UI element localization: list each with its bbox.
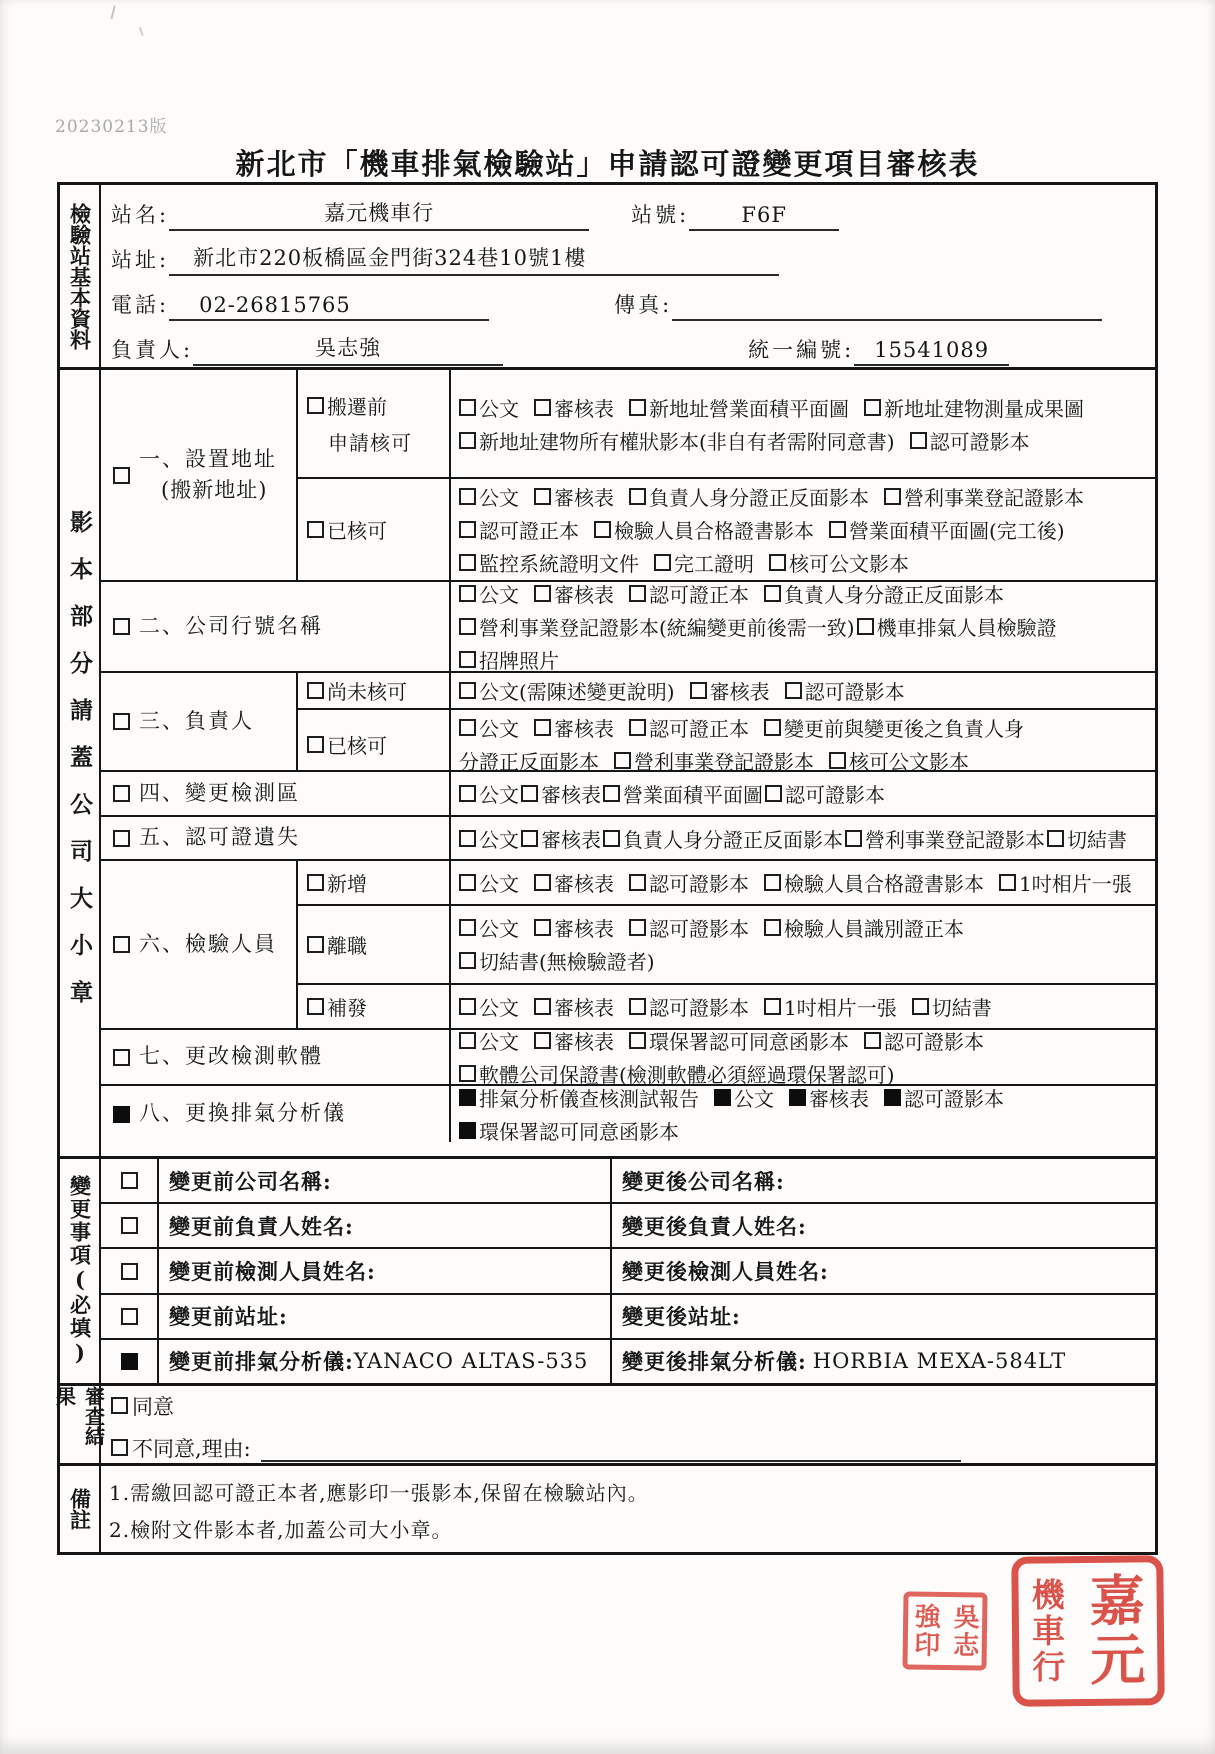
checklist-item: 公文 bbox=[459, 824, 519, 853]
checkbox-icon[interactable] bbox=[864, 399, 881, 416]
section-owner-change: 三、負責人 尚未核可 公文(需陳述變更說明)審核表認可證影本 已核可 bbox=[101, 673, 1155, 772]
checkbox-icon[interactable] bbox=[459, 585, 476, 602]
checklist-label: 切結書 bbox=[932, 992, 992, 1021]
checklist-item: 審核表 bbox=[690, 676, 770, 705]
checkbox-icon[interactable] bbox=[534, 998, 551, 1015]
checklist-label: 負責人身分證正反面影本 bbox=[784, 579, 1004, 608]
change-row-analyzer: 變更前排氣分析儀:YANACO ALTAS-535 變更後排氣分析儀:HORBI… bbox=[101, 1340, 1155, 1383]
checklist-item: 審核表 bbox=[534, 579, 614, 608]
owner-label: 負責人: bbox=[111, 334, 193, 366]
checklist-item: 公文 bbox=[714, 1083, 774, 1112]
checklist-item: 切結書 bbox=[1047, 824, 1127, 853]
checklist-label: 招牌照片 bbox=[479, 645, 559, 674]
section-test-area: 四、變更檢測區 公文審核表營業面積平面圖認可證影本 bbox=[101, 772, 1155, 817]
after-label: 變更後站址: bbox=[622, 1301, 741, 1331]
checklist-line: 公文審核表新地址營業面積平面圖新地址建物測量成果圖 bbox=[459, 393, 1149, 422]
checklist-line: 公文審核表環保署認可同意函影本認可證影本 bbox=[459, 1026, 1149, 1055]
checklist: 排氣分析儀查核測試報告公文審核表認可證影本環保署認可同意函影本 bbox=[451, 1086, 1155, 1142]
checklist-item: 負責人身分證正反面影本 bbox=[764, 579, 1004, 608]
checklist-label: 機車排氣人員檢驗證 bbox=[877, 612, 1057, 641]
checkbox-icon[interactable] bbox=[629, 998, 646, 1015]
checklist-label: 排氣分析儀查核測試報告 bbox=[479, 1083, 699, 1112]
checklist-line: 公文(需陳述變更說明)審核表認可證影本 bbox=[459, 676, 1149, 705]
checklist: 公文審核表認可證正本負責人身分證正反面影本營利事業登記證影本(統編變更前後需一致… bbox=[451, 582, 1155, 671]
checklist-label: 檢驗人員識別證正本 bbox=[784, 913, 964, 942]
checklist-label: 審核表 bbox=[554, 913, 614, 942]
seal-text: 嘉元 bbox=[1073, 1571, 1153, 1690]
checkbox-icon[interactable] bbox=[789, 1089, 806, 1106]
owner-field[interactable]: 吳志強 bbox=[193, 332, 503, 366]
checklist-label: 認可證影本 bbox=[649, 992, 749, 1021]
checkbox-icon[interactable] bbox=[829, 521, 846, 538]
checklist-item: 公文 bbox=[459, 579, 519, 608]
checkbox-icon[interactable] bbox=[459, 682, 476, 699]
section-label-text: 八、更換排氣分析儀 bbox=[139, 1098, 346, 1130]
sub-row-resign: 離職 公文審核表認可證影本檢驗人員識別證正本切結書(無檢驗證者) bbox=[298, 906, 1155, 985]
checklist-item: 核可公文影本 bbox=[769, 548, 909, 577]
checklist-label: 檢驗人員合格證書影本 bbox=[614, 515, 814, 544]
checklist-line: 公文審核表認可證正本負責人身分證正反面影本 bbox=[459, 579, 1149, 608]
checklist-label: 審核表 bbox=[541, 779, 601, 808]
checkbox-icon[interactable] bbox=[785, 682, 802, 699]
before-label: 變更前站址: bbox=[169, 1301, 288, 1331]
section-software: 七、更改檢測軟體 公文審核表環保署認可同意函影本認可證影本軟體公司保證書(檢測軟… bbox=[101, 1030, 1155, 1086]
checklist: 公文審核表認可證正本變更前與變更後之負責人身分證正反面影本營利事業登記證影本核可… bbox=[451, 710, 1155, 778]
checklist-item: 公文 bbox=[459, 482, 519, 511]
checklist-line: 切結書(無檢驗證者) bbox=[459, 946, 1149, 975]
checklist-label: 公文(需陳述變更說明) bbox=[479, 676, 675, 705]
checkbox-icon[interactable] bbox=[459, 919, 476, 936]
checkbox-icon[interactable] bbox=[765, 785, 782, 802]
checkbox-icon[interactable] bbox=[884, 488, 901, 505]
sub-label-text: 已核可 bbox=[327, 515, 387, 544]
checklist-item: 新地址建物所有權狀影本(非自有者需附同意書) bbox=[459, 426, 895, 455]
agree-label: 同意 bbox=[132, 1391, 174, 1421]
checklist-item: 公文 bbox=[459, 1026, 519, 1055]
checkbox-icon[interactable] bbox=[307, 874, 324, 891]
checkbox-icon[interactable] bbox=[857, 618, 874, 635]
checklist-item: 認可證影本 bbox=[629, 992, 749, 1021]
checklist-label: 認可證正本 bbox=[649, 579, 749, 608]
checklist-label: 認可證影本 bbox=[649, 868, 749, 897]
checkbox-icon[interactable] bbox=[459, 554, 476, 571]
before-label: 變更前檢測人員姓名: bbox=[169, 1256, 376, 1286]
checkbox-icon[interactable] bbox=[603, 830, 620, 847]
form-version: 20230213版 bbox=[55, 112, 168, 137]
review-sidebar: 審查結果 bbox=[60, 1386, 101, 1463]
checklist-label: 公文 bbox=[479, 992, 519, 1021]
checkbox-icon[interactable] bbox=[307, 736, 324, 753]
checklist-label: 公文 bbox=[479, 868, 519, 897]
section-owner-change-label: 三、負責人 bbox=[101, 673, 298, 770]
checklist-label: 環保署認可同意函影本 bbox=[479, 1116, 679, 1145]
checklist: 公文審核表負責人身分證正反面影本營利事業登記證影本切結書 bbox=[451, 817, 1155, 859]
sub-row-approved: 已核可 公文審核表認可證正本變更前與變更後之負責人身分證正反面影本營利事業登記證… bbox=[298, 710, 1155, 778]
section-label-text: 六、檢驗人員 bbox=[139, 929, 277, 961]
checklist-item: 監控系統證明文件 bbox=[459, 548, 639, 577]
personal-seal-stamp: 強印 吳志 bbox=[902, 1591, 987, 1670]
checkbox-icon[interactable] bbox=[113, 785, 130, 802]
tax-id-field[interactable]: 15541089 bbox=[854, 338, 1009, 366]
checklist-item: 公文 bbox=[459, 713, 519, 742]
checklist-label: 認可證正本 bbox=[479, 515, 579, 544]
checklist-label: 公文 bbox=[479, 913, 519, 942]
checklist-item: 認可證正本 bbox=[629, 579, 749, 608]
checklist-item: 檢驗人員識別證正本 bbox=[764, 913, 964, 942]
checkbox-icon[interactable] bbox=[459, 399, 476, 416]
checklist-label: 環保署認可同意函影本 bbox=[649, 1026, 849, 1055]
checklist-label: 負責人身分證正反面影本 bbox=[623, 824, 843, 853]
checklist-label: 變更前與變更後之負責人身 bbox=[784, 713, 1024, 742]
sub-label-text: 新增 bbox=[327, 868, 367, 897]
checklist-label: 審核表 bbox=[809, 1083, 869, 1112]
checklist: 公文審核表環保署認可同意函影本認可證影本軟體公司保證書(檢測軟體必須經過環保署認… bbox=[451, 1030, 1155, 1084]
checklist-label: 審核表 bbox=[541, 824, 601, 853]
checkbox-icon[interactable] bbox=[534, 919, 551, 936]
checklist: 公文審核表認可證影本1吋相片一張切結書 bbox=[451, 985, 1155, 1028]
checkbox-icon[interactable] bbox=[534, 719, 551, 736]
review-section: 審查結果 同意 不同意,理由: bbox=[60, 1386, 1155, 1466]
checklist-item: 認可證影本 bbox=[629, 913, 749, 942]
checklist-line: 排氣分析儀查核測試報告公文審核表認可證影本 bbox=[459, 1083, 1149, 1112]
checkbox-icon[interactable] bbox=[459, 1122, 476, 1139]
checklist-line: 新地址建物所有權狀影本(非自有者需附同意書)認可證影本 bbox=[459, 426, 1149, 455]
checklist-line: 認可證正本檢驗人員合格證書影本營業面積平面圖(完工後) bbox=[459, 515, 1149, 544]
checklist-label: 完工證明 bbox=[674, 548, 754, 577]
checkbox-icon[interactable] bbox=[459, 1065, 476, 1082]
checklist: 公文審核表新地址營業面積平面圖新地址建物測量成果圖新地址建物所有權狀影本(非自有… bbox=[451, 370, 1155, 477]
address-row: 站址: 新北市220板橋區金門街324巷10號1樓 bbox=[101, 231, 1155, 276]
disagree-option: 不同意,理由: bbox=[111, 1433, 1155, 1463]
checklist-item: 營利事業登記證影本 bbox=[884, 482, 1084, 511]
checklist-item: 審核表 bbox=[534, 868, 614, 897]
section-inspectors-label: 六、檢驗人員 bbox=[101, 861, 298, 1028]
section-test-area-label: 四、變更檢測區 bbox=[101, 772, 451, 815]
checkbox-icon[interactable] bbox=[113, 1049, 130, 1066]
checkbox-icon[interactable] bbox=[459, 618, 476, 635]
checklist-text: 分證正反面影本 bbox=[459, 746, 599, 775]
address-field[interactable]: 新北市220板橋區金門街324巷10號1樓 bbox=[169, 242, 779, 276]
checkbox-icon[interactable] bbox=[113, 713, 130, 730]
sub-row-reissue: 補發 公文審核表認可證影本1吋相片一張切結書 bbox=[298, 985, 1155, 1028]
reason-field[interactable] bbox=[261, 1434, 961, 1462]
checkbox-icon[interactable] bbox=[629, 719, 646, 736]
checklist-item: 營利事業登記證影本(統編變更前後需一致) bbox=[459, 612, 855, 641]
notes-sidebar: 備註 bbox=[60, 1466, 101, 1552]
note-line: 2.檢附文件影本者,加蓋公司大小章。 bbox=[109, 1514, 1155, 1543]
checkbox-icon[interactable] bbox=[594, 521, 611, 538]
checkbox-icon[interactable] bbox=[534, 585, 551, 602]
checkbox-icon[interactable] bbox=[459, 1089, 476, 1106]
change-items-section: 變更事項(必填) 變更前公司名稱: 變更後公司名稱: 變更前負責人姓名: 變更後… bbox=[60, 1159, 1155, 1386]
checklist-label: 分證正反面影本 bbox=[459, 746, 599, 775]
sub-row-approved: 已核可 公文審核表負責人身分證正反面影本營利事業登記證影本認可證正本檢驗人員合格… bbox=[298, 479, 1155, 580]
sub-label-text: 補發 bbox=[327, 992, 367, 1021]
checklist-item: 負責人身分證正反面影本 bbox=[629, 482, 869, 511]
checklist-item: 審核表 bbox=[534, 393, 614, 422]
checklist-label: 審核表 bbox=[554, 482, 614, 511]
section-inspectors: 六、檢驗人員 新增 公文審核表認可證影本檢驗人員合格證書影本1吋相片一張 離職 bbox=[101, 861, 1155, 1030]
checkbox-icon[interactable] bbox=[459, 432, 476, 449]
checklist-item: 切結書(無檢驗證者) bbox=[459, 946, 655, 975]
sub-row-new: 新增 公文審核表認可證影本檢驗人員合格證書影本1吋相片一張 bbox=[298, 861, 1155, 906]
checkbox-icon[interactable] bbox=[459, 952, 476, 969]
checkbox-icon[interactable] bbox=[714, 1089, 731, 1106]
checklist-label: 公文 bbox=[479, 482, 519, 511]
section-label-text: 二、公司行號名稱 bbox=[139, 611, 323, 643]
checklist-item: 檢驗人員合格證書影本 bbox=[594, 515, 814, 544]
before-value[interactable]: YANACO ALTAS-535 bbox=[354, 1349, 589, 1373]
checklist-item: 公文 bbox=[459, 992, 519, 1021]
section-company-name: 二、公司行號名稱 公文審核表認可證正本負責人身分證正反面影本營利事業登記證影本(… bbox=[101, 582, 1155, 673]
checklist-item: 新地址建物測量成果圖 bbox=[864, 393, 1084, 422]
checklist-label: 審核表 bbox=[554, 713, 614, 742]
section-label-text: 七、更改檢測軟體 bbox=[139, 1041, 323, 1073]
checkbox-icon[interactable] bbox=[1047, 830, 1064, 847]
checklist-label: 營業面積平面圖 bbox=[623, 779, 763, 808]
station-name-row: 站名: 嘉元機車行 站號: F6F bbox=[101, 186, 1155, 231]
checkbox-icon[interactable] bbox=[629, 399, 646, 416]
checklist-line: 公文審核表營業面積平面圖認可證影本 bbox=[459, 779, 1149, 808]
checkbox-icon[interactable] bbox=[764, 585, 781, 602]
checklist-item: 認可證正本 bbox=[459, 515, 579, 544]
checklist-label: 新地址建物所有權狀影本(非自有者需附同意書) bbox=[479, 426, 895, 455]
checkbox-icon[interactable] bbox=[121, 1217, 138, 1234]
checkbox-icon[interactable] bbox=[121, 1172, 138, 1189]
address-label: 站址: bbox=[111, 244, 169, 276]
checklist-line: 公文審核表認可證影本檢驗人員合格證書影本1吋相片一張 bbox=[459, 868, 1149, 897]
checklist-label: 切結書(無檢驗證者) bbox=[479, 946, 655, 975]
checkbox-icon[interactable] bbox=[459, 488, 476, 505]
checkbox-icon[interactable] bbox=[629, 919, 646, 936]
checkbox-icon[interactable] bbox=[629, 874, 646, 891]
checkbox-icon[interactable] bbox=[459, 521, 476, 538]
fax-label: 傳真: bbox=[614, 289, 672, 321]
checklist-item: 認可證影本 bbox=[884, 1083, 1004, 1112]
checklist-line: 監控系統證明文件完工證明核可公文影本 bbox=[459, 548, 1149, 577]
checkbox-icon[interactable] bbox=[521, 830, 538, 847]
checklist-label: 營利事業登記證影本 bbox=[865, 824, 1045, 853]
checklist-label: 營業面積平面圖(完工後) bbox=[849, 515, 1065, 544]
section-analyzer-label: 八、更換排氣分析儀 bbox=[101, 1086, 451, 1142]
checklist-label: 審核表 bbox=[554, 868, 614, 897]
checkbox-icon[interactable] bbox=[614, 752, 631, 769]
before-label: 變更前負責人姓名: bbox=[169, 1211, 354, 1241]
checklist-item: 審核表 bbox=[789, 1083, 869, 1112]
checklist-label: 認可證影本 bbox=[785, 779, 885, 808]
section-label-text: 四、變更檢測區 bbox=[139, 778, 300, 810]
company-seal-stamp: 機車行 嘉元 bbox=[1011, 1555, 1165, 1707]
disagree-label: 不同意,理由: bbox=[132, 1433, 251, 1463]
checklist-label: 審核表 bbox=[554, 393, 614, 422]
checklist-item: 機車排氣人員檢驗證 bbox=[857, 612, 1057, 641]
checklist-item: 審核表 bbox=[534, 913, 614, 942]
checklist-item: 公文 bbox=[459, 779, 519, 808]
basic-info-sidebar: 檢驗站基本資料 bbox=[60, 185, 101, 367]
section-label-subtext: (搬新地址) bbox=[139, 475, 277, 507]
checklist: 公文(需陳述變更說明)審核表認可證影本 bbox=[451, 673, 1155, 708]
checkbox-icon[interactable] bbox=[912, 998, 929, 1015]
checklist: 公文審核表認可證影本檢驗人員識別證正本切結書(無檢驗證者) bbox=[451, 906, 1155, 983]
station-no-field[interactable]: F6F bbox=[689, 203, 839, 231]
section-company-name-label: 二、公司行號名稱 bbox=[101, 582, 451, 671]
checkbox-icon[interactable] bbox=[113, 467, 130, 484]
section-label-text: 三、負責人 bbox=[139, 706, 254, 738]
before-label: 變更前公司名稱: bbox=[169, 1166, 332, 1196]
checklist-item: 公文 bbox=[459, 868, 519, 897]
checklist-line: 公文審核表認可證正本變更前與變更後之負責人身 bbox=[459, 713, 1149, 742]
checklist-label: 新地址建物測量成果圖 bbox=[884, 393, 1084, 422]
sub-label-text: 離職 bbox=[327, 930, 367, 959]
sub-label-text: 搬遷前 bbox=[327, 391, 387, 420]
checkbox-icon[interactable] bbox=[459, 719, 476, 736]
checkbox-icon[interactable] bbox=[690, 682, 707, 699]
after-value[interactable]: HORBIA MEXA-584LT bbox=[813, 1349, 1067, 1373]
sub-label-text: 尚未核可 bbox=[327, 676, 407, 705]
checkbox-icon[interactable] bbox=[307, 936, 324, 953]
checklist-label: 認可證影本 bbox=[904, 1083, 1004, 1112]
checkbox-icon[interactable] bbox=[764, 874, 781, 891]
checkbox-icon[interactable] bbox=[629, 1032, 646, 1049]
checkbox-icon[interactable] bbox=[307, 998, 324, 1015]
checkbox-icon[interactable] bbox=[521, 785, 538, 802]
checklist-line: 營利事業登記證影本(統編變更前後需一致)機車排氣人員檢驗證 bbox=[459, 612, 1149, 641]
checkbox-icon[interactable] bbox=[999, 874, 1016, 891]
notes-section: 備註 1.需繳回認可證正本者,應影印一張影本,保留在檢驗站內。 2.檢附文件影本… bbox=[60, 1466, 1155, 1552]
checkbox-icon[interactable] bbox=[121, 1263, 138, 1280]
checklist: 公文審核表認可證影本檢驗人員合格證書影本1吋相片一張 bbox=[451, 861, 1155, 904]
checklist-label: 營利事業登記證影本 bbox=[904, 482, 1084, 511]
station-name-label: 站名: bbox=[111, 199, 169, 231]
checkbox-icon[interactable] bbox=[121, 1308, 138, 1325]
checkbox-icon[interactable] bbox=[307, 397, 324, 414]
checkbox-icon[interactable] bbox=[459, 830, 476, 847]
checklist-item: 認可證影本 bbox=[910, 426, 1030, 455]
checkbox-icon[interactable] bbox=[764, 998, 781, 1015]
phone-row: 電話: 02-26815765 傳真: bbox=[101, 276, 1155, 321]
checklist-label: 檢驗人員合格證書影本 bbox=[784, 868, 984, 897]
checkbox-icon[interactable] bbox=[459, 874, 476, 891]
checklist-label: 公文 bbox=[734, 1083, 774, 1112]
checklist-label: 審核表 bbox=[710, 676, 770, 705]
checkbox-icon[interactable] bbox=[307, 682, 324, 699]
checkbox-icon[interactable] bbox=[113, 936, 130, 953]
change-items-sidebar: 變更事項(必填) bbox=[60, 1159, 101, 1383]
checkbox-icon[interactable] bbox=[534, 399, 551, 416]
checkbox-icon[interactable] bbox=[111, 1439, 128, 1456]
checkbox-icon[interactable] bbox=[459, 785, 476, 802]
checklist-label: 公文 bbox=[479, 713, 519, 742]
checklist-item: 營利事業登記證影本 bbox=[614, 746, 814, 775]
form-table: 檢驗站基本資料 站名: 嘉元機車行 站號: F6F 站址: 新北市220板橋區金… bbox=[57, 182, 1158, 1555]
checklist-item: 公文 bbox=[459, 393, 519, 422]
checkbox-icon[interactable] bbox=[764, 719, 781, 736]
checkbox-icon[interactable] bbox=[534, 874, 551, 891]
checkbox-icon[interactable] bbox=[113, 618, 130, 635]
checkbox-icon[interactable] bbox=[459, 1032, 476, 1049]
checklist-label: 公文 bbox=[479, 393, 519, 422]
scan-artifact bbox=[139, 25, 149, 36]
checklist-label: 核可公文影本 bbox=[849, 746, 969, 775]
checklist-item: 新地址營業面積平面圖 bbox=[629, 393, 849, 422]
checklist-label: 公文 bbox=[479, 779, 519, 808]
checkbox-icon[interactable] bbox=[113, 830, 130, 847]
checklist-line: 招牌照片 bbox=[459, 645, 1149, 674]
checklist-label: 公文 bbox=[479, 1026, 519, 1055]
note-line: 1.需繳回認可證正本者,應影印一張影本,保留在檢驗站內。 bbox=[109, 1477, 1155, 1506]
agree-option: 同意 bbox=[111, 1391, 1155, 1421]
checklist-item: 審核表 bbox=[534, 1026, 614, 1055]
before-label: 變更前排氣分析儀: bbox=[169, 1346, 354, 1376]
sub-row-not-approved: 尚未核可 公文(需陳述變更說明)審核表認可證影本 bbox=[298, 673, 1155, 710]
section-relocation: 一、設置地址 (搬新地址) 搬遷前 申請核可 公文審核表新地址營業面積平面圖新地… bbox=[101, 370, 1155, 582]
checkbox-icon[interactable] bbox=[629, 488, 646, 505]
checkbox-icon[interactable] bbox=[459, 651, 476, 668]
after-label: 變更後負責人姓名: bbox=[622, 1211, 807, 1241]
after-label: 變更後檢測人員姓名: bbox=[622, 1256, 829, 1286]
form-title: 新北市「機車排氣檢驗站」申請認可證變更項目審核表 bbox=[0, 142, 1215, 183]
checklist-label: 認可證正本 bbox=[649, 713, 749, 742]
checkbox-icon[interactable] bbox=[603, 785, 620, 802]
checklist-item: 認可證影本 bbox=[629, 868, 749, 897]
checklist-item: 認可證影本 bbox=[765, 779, 885, 808]
checklist-label: 監控系統證明文件 bbox=[479, 548, 639, 577]
station-name-field[interactable]: 嘉元機車行 bbox=[169, 197, 589, 231]
checklist-line: 公文審核表負責人身分證正反面影本營利事業登記證影本 bbox=[459, 482, 1149, 511]
checklist-item: 完工證明 bbox=[654, 548, 754, 577]
checkbox-icon[interactable] bbox=[764, 919, 781, 936]
checkbox-icon[interactable] bbox=[111, 1397, 128, 1414]
checklist-item: 環保署認可同意函影本 bbox=[459, 1116, 679, 1145]
checkbox-icon[interactable] bbox=[864, 1032, 881, 1049]
checklist-item: 審核表 bbox=[534, 482, 614, 511]
checkbox-icon[interactable] bbox=[910, 432, 927, 449]
checklist-line: 公文審核表負責人身分證正反面影本營利事業登記證影本切結書 bbox=[459, 824, 1149, 853]
checklist-label: 負責人身分證正反面影本 bbox=[649, 482, 869, 511]
checkbox-icon[interactable] bbox=[121, 1353, 138, 1370]
checkbox-icon[interactable] bbox=[769, 554, 786, 571]
change-row-inspector: 變更前檢測人員姓名: 變更後檢測人員姓名: bbox=[101, 1249, 1155, 1294]
section-lost-certificate-label: 五、認可證遺失 bbox=[101, 817, 451, 859]
scan-artifact bbox=[110, 5, 121, 21]
checklist-label: 公文 bbox=[479, 824, 519, 853]
checkbox-icon[interactable] bbox=[654, 554, 671, 571]
checklist-label: 審核表 bbox=[554, 1026, 614, 1055]
checkbox-icon[interactable] bbox=[629, 585, 646, 602]
sub-label-text2: 申請核可 bbox=[307, 427, 449, 456]
change-row-address: 變更前站址: 變更後站址: bbox=[101, 1295, 1155, 1340]
checkbox-icon[interactable] bbox=[534, 488, 551, 505]
change-row-company: 變更前公司名稱: 變更後公司名稱: bbox=[101, 1159, 1155, 1204]
checkbox-icon[interactable] bbox=[459, 998, 476, 1015]
phone-field[interactable]: 02-26815765 bbox=[169, 293, 489, 321]
checklist-item: 營利事業登記證影本 bbox=[845, 824, 1045, 853]
sub-label-text: 已核可 bbox=[327, 730, 387, 759]
checklist-line: 公文審核表認可證影本1吋相片一張切結書 bbox=[459, 992, 1149, 1021]
checkbox-icon[interactable] bbox=[113, 1106, 130, 1123]
seal-text: 吳志 bbox=[946, 1603, 984, 1660]
checkbox-icon[interactable] bbox=[829, 752, 846, 769]
change-row-owner: 變更前負責人姓名: 變更後負責人姓名: bbox=[101, 1204, 1155, 1249]
owner-row: 負責人: 吳志強 統一編號: 15541089 bbox=[101, 321, 1155, 366]
checklist-label: 審核表 bbox=[554, 992, 614, 1021]
checklist: 公文審核表負責人身分證正反面影本營利事業登記證影本認可證正本檢驗人員合格證書影本… bbox=[451, 479, 1155, 580]
checkbox-icon[interactable] bbox=[845, 830, 862, 847]
seal-text: 強印 bbox=[907, 1602, 945, 1659]
checkbox-icon[interactable] bbox=[534, 1032, 551, 1049]
checkbox-icon[interactable] bbox=[884, 1089, 901, 1106]
checkbox-icon[interactable] bbox=[307, 521, 324, 538]
